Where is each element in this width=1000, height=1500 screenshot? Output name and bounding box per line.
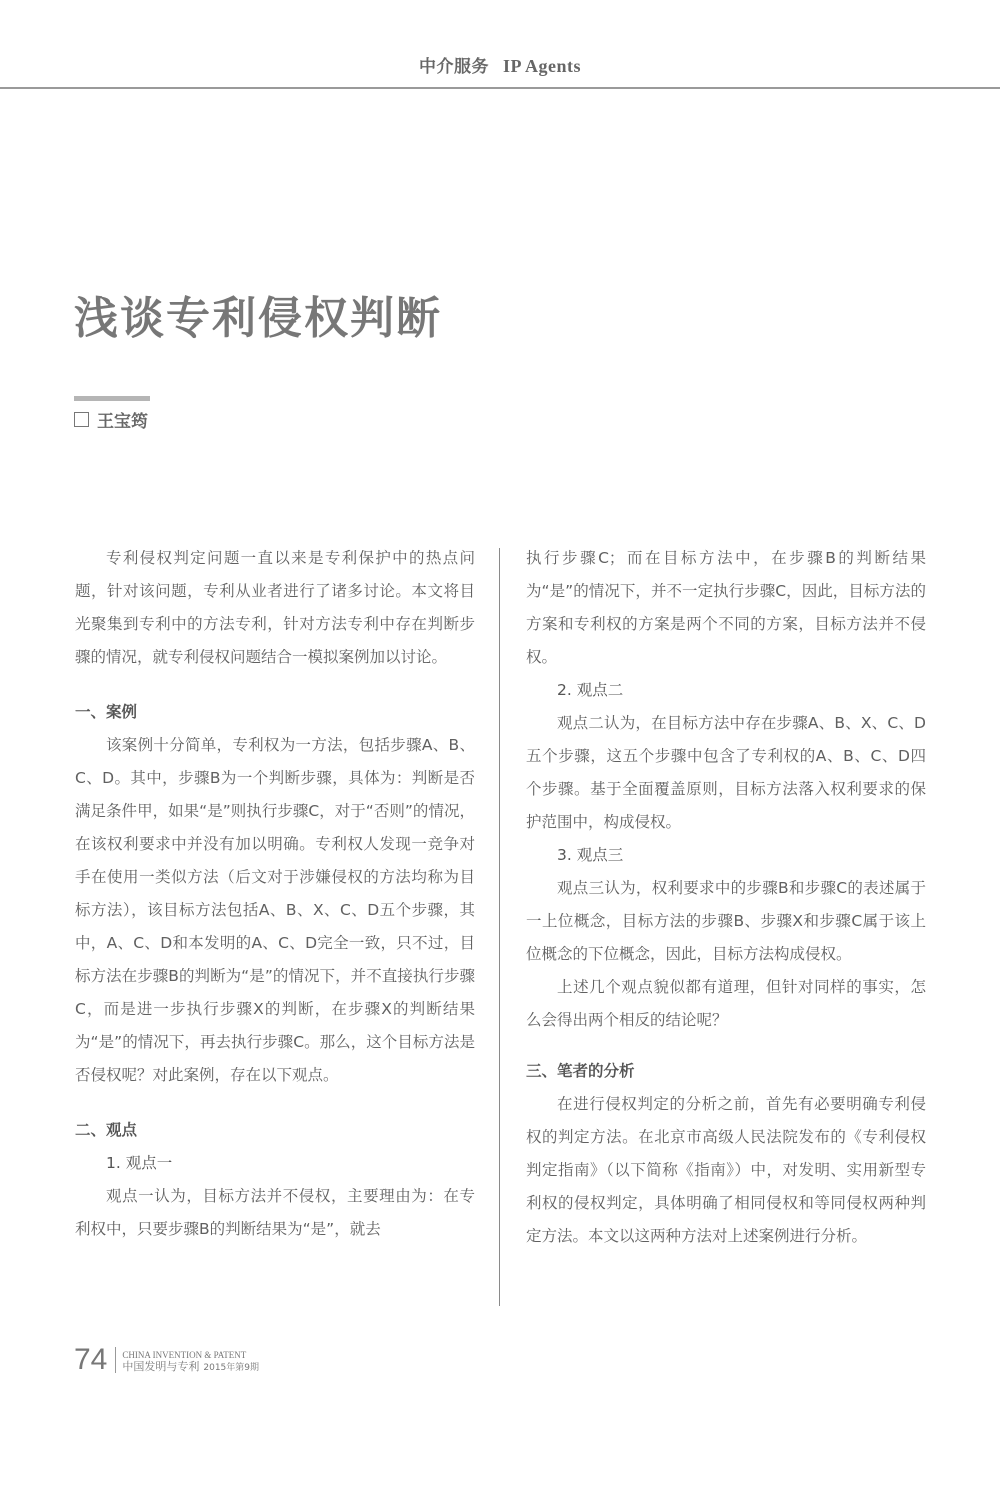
- section-label-en: IP Agents: [503, 56, 581, 76]
- view2-heading: 2. 观点二: [526, 674, 926, 707]
- magazine-info: CHINA INVENTION & PATENT 中国发明与专利2015年第9期: [122, 1349, 259, 1374]
- case-paragraph: 该案例十分简单，专利权为一方法，包括步骤A、B、C、D。其中，步骤B为一个判断步…: [75, 729, 475, 1092]
- square-icon: [74, 412, 89, 427]
- left-column: 专利侵权判定问题一直以来是专利保护中的热点问题，针对该问题，专利从业者进行了诸多…: [75, 542, 475, 1246]
- view3-heading: 3. 观点三: [526, 839, 926, 872]
- view1-heading: 1. 观点一: [75, 1147, 475, 1180]
- page-footer: 74 CHINA INVENTION & PATENT 中国发明与专利2015年…: [74, 1346, 259, 1374]
- section-heading-case: 一、案例: [75, 696, 475, 729]
- view2-paragraph: 观点二认为，在目标方法中存在步骤A、B、X、C、D五个步骤，这五个步骤中包含了专…: [526, 707, 926, 839]
- author-line: 王宝筠: [74, 407, 148, 432]
- article-title: 浅谈专利侵权判断: [74, 282, 442, 346]
- view1-paragraph-continued: 执行步骤C；而在目标方法中，在步骤B的判断结果为“是”的情况下，并不一定执行步骤…: [526, 542, 926, 674]
- author-accent-bar: [74, 396, 150, 401]
- section-heading-views: 二、观点: [75, 1114, 475, 1147]
- footer-divider: [115, 1347, 116, 1373]
- view1-paragraph: 观点一认为，目标方法并不侵权，主要理由为：在专利权中，只要步骤B的判断结果为“是…: [75, 1180, 475, 1246]
- right-column: 执行步骤C；而在目标方法中，在步骤B的判断结果为“是”的情况下，并不一定执行步骤…: [526, 542, 926, 1253]
- author-name: 王宝筠: [97, 407, 148, 432]
- running-header: 中介服务IP Agents: [0, 52, 1000, 77]
- page-number: 74: [74, 1346, 107, 1374]
- section-label-cn: 中介服务: [419, 57, 489, 77]
- summary-paragraph: 上述几个观点貌似都有道理，但针对同样的事实，怎么会得出两个相反的结论呢？: [526, 971, 926, 1037]
- analysis-paragraph: 在进行侵权判定的分析之前，首先有必要明确专利侵权的判定方法。在北京市高级人民法院…: [526, 1088, 926, 1253]
- section-heading-analysis: 三、笔者的分析: [526, 1055, 926, 1088]
- column-divider: [499, 548, 500, 1306]
- magazine-name-cn-line: 中国发明与专利2015年第9期: [122, 1361, 259, 1374]
- magazine-name-cn: 中国发明与专利: [122, 1360, 199, 1373]
- intro-paragraph: 专利侵权判定问题一直以来是专利保护中的热点问题，针对该问题，专利从业者进行了诸多…: [75, 542, 475, 674]
- header-rule: [0, 87, 1000, 89]
- issue-label: 2015年第9期: [203, 1363, 259, 1373]
- view3-paragraph: 观点三认为，权利要求中的步骤B和步骤C的表述属于一上位概念，目标方法的步骤B、步…: [526, 872, 926, 971]
